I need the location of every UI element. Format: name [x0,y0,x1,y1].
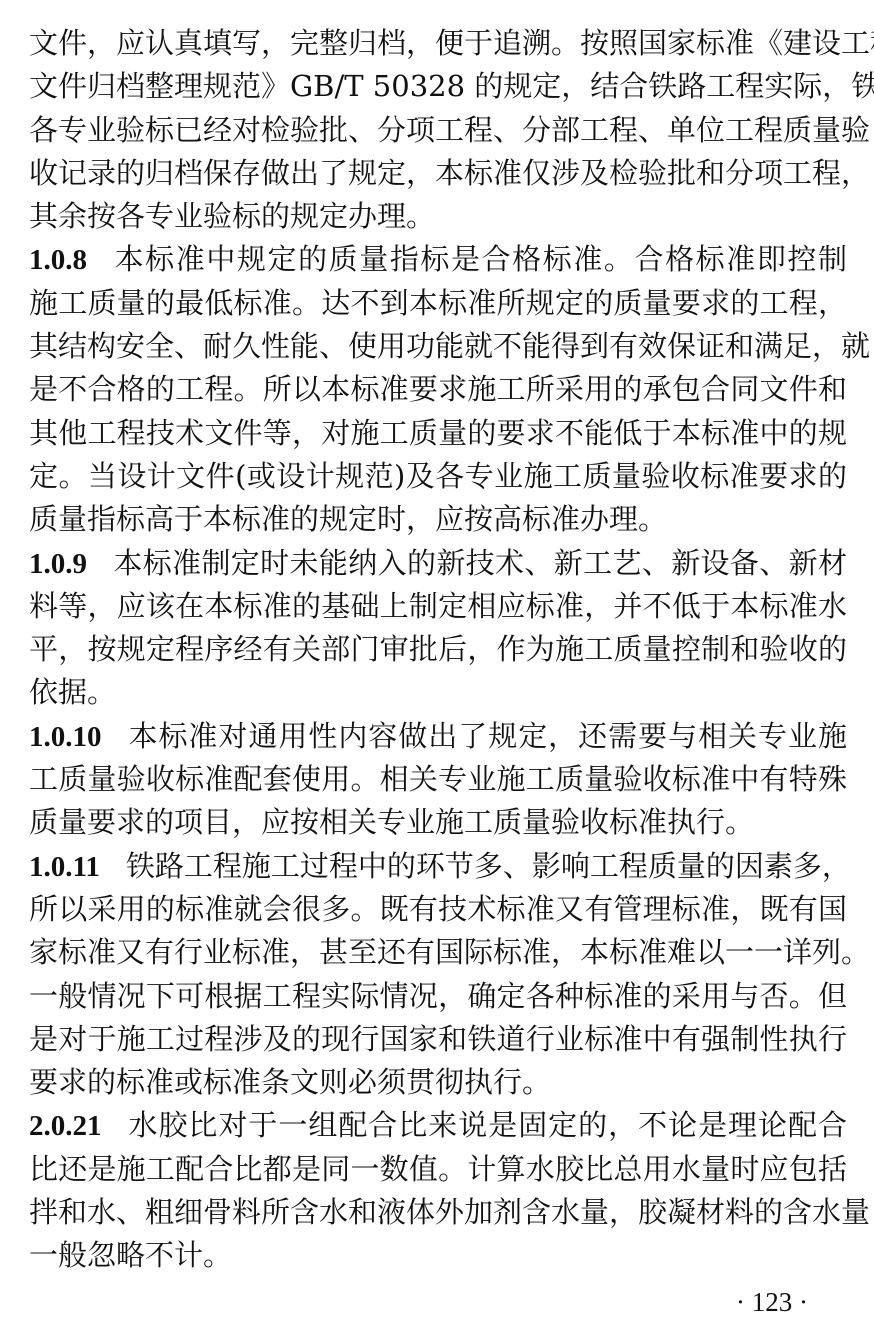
clause-2-0-21: 2.0.21水胶比对于一组配合比来说是固定的，不论是理论配合 比还是施工配合比都… [29,1104,847,1277]
clause-number: 1.0.9 [29,543,87,586]
text-line: 文件，应认真填写，完整归档，便于追溯。按照国家标准《建设工程 [29,22,847,65]
clause-text: 水胶比对于一组配合比来说是固定的，不论是理论配合 [128,1108,848,1142]
clause-number: 1.0.8 [29,239,87,282]
text-line: 收记录的归档保存做出了规定，本标准仅涉及检验批和分项工程， [29,152,847,195]
clause-number: 1.0.11 [29,846,100,889]
text-line: 1.0.8本标准中规定的质量指标是合格标准。合格标准即控制 [29,238,847,281]
text-line: 料等，应该在本标准的基础上制定相应标准，并不低于本标准水 [29,585,847,628]
text-line: 其余按各专业验标的规定办理。 [29,195,847,238]
text-line: 1.0.11铁路工程施工过程中的环节多、影响工程质量的因素多， [29,845,847,888]
text-line: 比还是施工配合比都是同一数值。计算水胶比总用水量时应包括 [29,1148,847,1191]
text-line: 拌和水、粗细骨料所含水和液体外加剂含水量，胶凝材料的含水量 [29,1191,847,1234]
text-line: 质量指标高于本标准的规定时，应按高标准办理。 [29,498,847,541]
clause-number: 2.0.21 [29,1105,102,1148]
text-line: 施工质量的最低标准。达不到本标准所规定的质量要求的工程， [29,282,847,325]
text-line: 所以采用的标准就会很多。既有技术标准又有管理标准，既有国 [29,888,847,931]
text-line: 一般情况下可根据工程实际情况，确定各种标准的采用与否。但 [29,975,847,1018]
paragraph-continuation: 文件，应认真填写，完整归档，便于追溯。按照国家标准《建设工程 文件归档整理规范》… [29,22,847,238]
text-line: 要求的标准或标准条文则必须贯彻执行。 [29,1061,847,1104]
text-line: 质量要求的项目，应按相关专业施工质量验收标准执行。 [29,801,847,844]
clause-number: 1.0.10 [29,716,102,759]
document-body: 文件，应认真填写，完整归档，便于追溯。按照国家标准《建设工程 文件归档整理规范》… [29,22,847,1278]
text-line: 其结构安全、耐久性能、使用功能就不能得到有效保证和满足，就 [29,325,847,368]
clause-1-0-11: 1.0.11铁路工程施工过程中的环节多、影响工程质量的因素多， 所以采用的标准就… [29,845,847,1105]
text-line: 1.0.9本标准制定时未能纳入的新技术、新工艺、新设备、新材 [29,542,847,585]
text-line: 是不合格的工程。所以本标准要求施工所采用的承包合同文件和 [29,368,847,411]
text-line: 2.0.21水胶比对于一组配合比来说是固定的，不论是理论配合 [29,1104,847,1147]
clause-1-0-8: 1.0.8本标准中规定的质量指标是合格标准。合格标准即控制 施工质量的最低标准。… [29,238,847,541]
text-line: 1.0.10本标准对通用性内容做出了规定，还需要与相关专业施 [29,715,847,758]
text-line: 家标准又有行业标准，甚至还有国际标准，本标准难以一一详列。 [29,931,847,974]
text-line: 一般忽略不计。 [29,1234,847,1277]
text-line: 其他工程技术文件等，对施工质量的要求不能低于本标准中的规 [29,412,847,455]
clause-text: 本标准对通用性内容做出了规定，还需要与相关专业施 [128,719,848,753]
clause-1-0-10: 1.0.10本标准对通用性内容做出了规定，还需要与相关专业施 工质量验收标准配套… [29,715,847,845]
text-line: 各专业验标已经对检验批、分项工程、分部工程、单位工程质量验 [29,109,847,152]
clause-1-0-9: 1.0.9本标准制定时未能纳入的新技术、新工艺、新设备、新材 料等，应该在本标准… [29,542,847,715]
text-line: 工质量验收标准配套使用。相关专业施工质量验收标准中有特殊 [29,758,847,801]
page-number: · 123 · [722,1284,822,1320]
clause-text: 本标准制定时未能纳入的新技术、新工艺、新设备、新材 [113,546,847,580]
clause-text: 铁路工程施工过程中的环节多、影响工程质量的因素多， [126,849,851,883]
text-line: 文件归档整理规范》GB/T 50328 的规定，结合铁路工程实际，铁路 [29,65,847,108]
clause-text: 本标准中规定的质量指标是合格标准。合格标准即控制 [113,242,847,276]
text-line: 定。当设计文件(或设计规范)及各专业施工质量验收标准要求的 [29,455,847,498]
text-line: 平，按规定程序经有关部门审批后，作为施工质量控制和验收的 [29,628,847,671]
text-line: 依据。 [29,671,847,714]
text-line: 是对于施工过程涉及的现行国家和铁道行业标准中有强制性执行 [29,1018,847,1061]
